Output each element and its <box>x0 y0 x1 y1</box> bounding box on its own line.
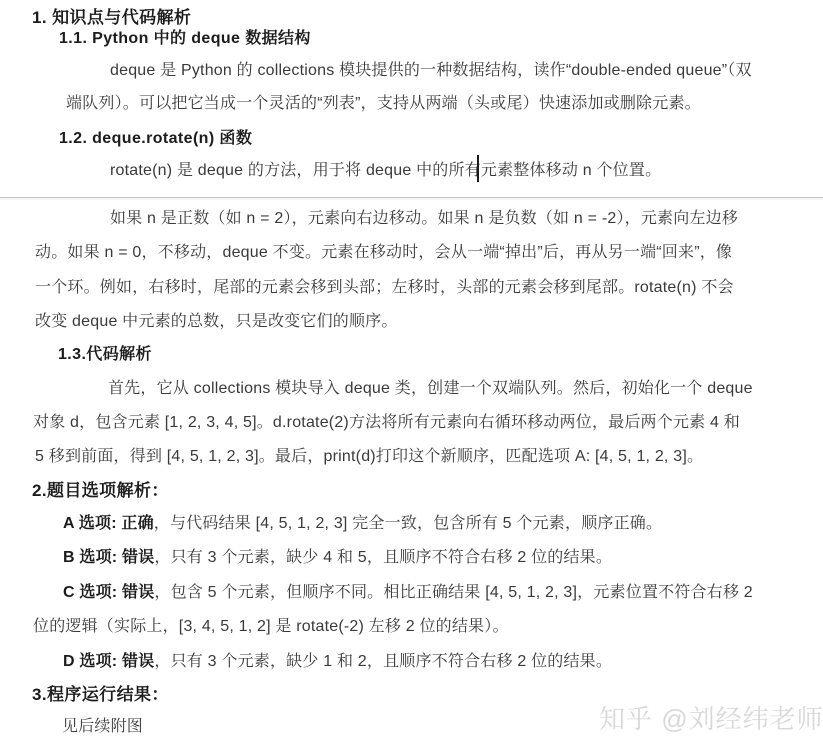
paragraph-deque-line-2[interactable]: 端队列）。可以把它当成一个灵活的“列表”，支持从两端（头或尾）快速添加或删除元素… <box>66 94 701 114</box>
paragraph-code-line-1[interactable]: 首先，它从 collections 模块导入 deque 类，创建一个双端队列。… <box>108 379 753 399</box>
option-b-text: ，只有 3 个元素，缺少 4 和 5，且顺序不符合右移 2 位的结果。 <box>154 549 612 566</box>
option-d-line[interactable]: D 选项: 错误，只有 3 个元素，缺少 1 和 2，且顺序不符合右移 2 位的… <box>63 652 612 672</box>
document-canvas[interactable]: 1. 知识点与代码解析 1.1. Python 中的 deque 数据结构 de… <box>0 0 823 745</box>
option-c-label: C 选项: 错误 <box>63 584 154 601</box>
option-a-text: ，与代码结果 [4, 5, 1, 2, 3] 完全一致，包含所有 5 个元素，顺… <box>154 515 662 532</box>
option-b-line[interactable]: B 选项: 错误，只有 3 个元素，缺少 4 和 5，且顺序不符合右移 2 位的… <box>63 548 612 568</box>
option-a-line[interactable]: A 选项: 正确，与代码结果 [4, 5, 1, 2, 3] 完全一致，包含所有… <box>63 514 662 534</box>
page-divider-line <box>0 197 823 200</box>
paragraph-code-line-2[interactable]: 对象 d，包含元素 [1, 2, 3, 4, 5]。d.rotate(2)方法将… <box>33 413 740 433</box>
paragraph-rotate-intro[interactable]: rotate(n) 是 deque 的方法，用于将 deque 中的所有元素整体… <box>110 161 661 181</box>
subheading-python-deque[interactable]: 1.1. Python 中的 deque 数据结构 <box>59 29 311 49</box>
rotate-intro-before-cursor: rotate(n) 是 deque 的方法，用于将 deque 中的 <box>110 162 448 179</box>
rotate-intro-after-cursor: 所有元素整体移动 n 个位置。 <box>448 162 661 179</box>
subheading-code-analysis[interactable]: 1.3.代码解析 <box>58 345 152 365</box>
option-b-label: B 选项: 错误 <box>63 549 154 566</box>
heading-run-result[interactable]: 3.程序运行结果： <box>32 685 169 705</box>
paragraph-result-line-1[interactable]: 见后续附图 <box>62 717 143 737</box>
paragraph-rotate-line-2[interactable]: 动。如果 n = 0，不移动，deque 不变。元素在移动时，会从一端“掉出”后… <box>35 243 732 263</box>
option-c-line[interactable]: C 选项: 错误，包含 5 个元素，但顺序不同。相比正确结果 [4, 5, 1,… <box>63 583 753 603</box>
paragraph-rotate-line-1[interactable]: 如果 n 是正数（如 n = 2），元素向右边移动。如果 n 是负数（如 n =… <box>110 209 738 229</box>
subheading-rotate-function[interactable]: 1.2. deque.rotate(n) 函数 <box>59 129 252 149</box>
zhihu-watermark: 知乎 @刘经纬老师 <box>599 699 823 736</box>
option-c-text: ，包含 5 个元素，但顺序不同。相比正确结果 [4, 5, 1, 2, 3]，元… <box>154 584 753 601</box>
option-a-label: A 选项: 正确 <box>63 515 154 532</box>
heading-knowledge-and-code[interactable]: 1. 知识点与代码解析 <box>32 8 191 28</box>
paragraph-code-line-3[interactable]: 5 移到前面，得到 [4, 5, 1, 2, 3]。最后，print(d)打印这… <box>35 447 703 467</box>
paragraph-rotate-line-3[interactable]: 一个环。例如，右移时，尾部的元素会移到头部；左移时，头部的元素会移到尾部。rot… <box>35 278 734 298</box>
option-d-label: D 选项: 错误 <box>63 653 154 670</box>
paragraph-deque-line-1[interactable]: deque 是 Python 的 collections 模块提供的一种数据结构… <box>110 61 752 81</box>
heading-option-analysis[interactable]: 2.题目选项解析： <box>32 481 169 501</box>
option-c-line-2[interactable]: 位的逻辑（实际上，[3, 4, 5, 1, 2] 是 rotate(-2) 左移… <box>33 617 509 637</box>
paragraph-rotate-line-4[interactable]: 改变 deque 中元素的总数，只是改变它们的顺序。 <box>35 312 398 332</box>
option-d-text: ，只有 3 个元素，缺少 1 和 2，且顺序不符合右移 2 位的结果。 <box>154 653 612 670</box>
text-caret <box>477 155 479 182</box>
